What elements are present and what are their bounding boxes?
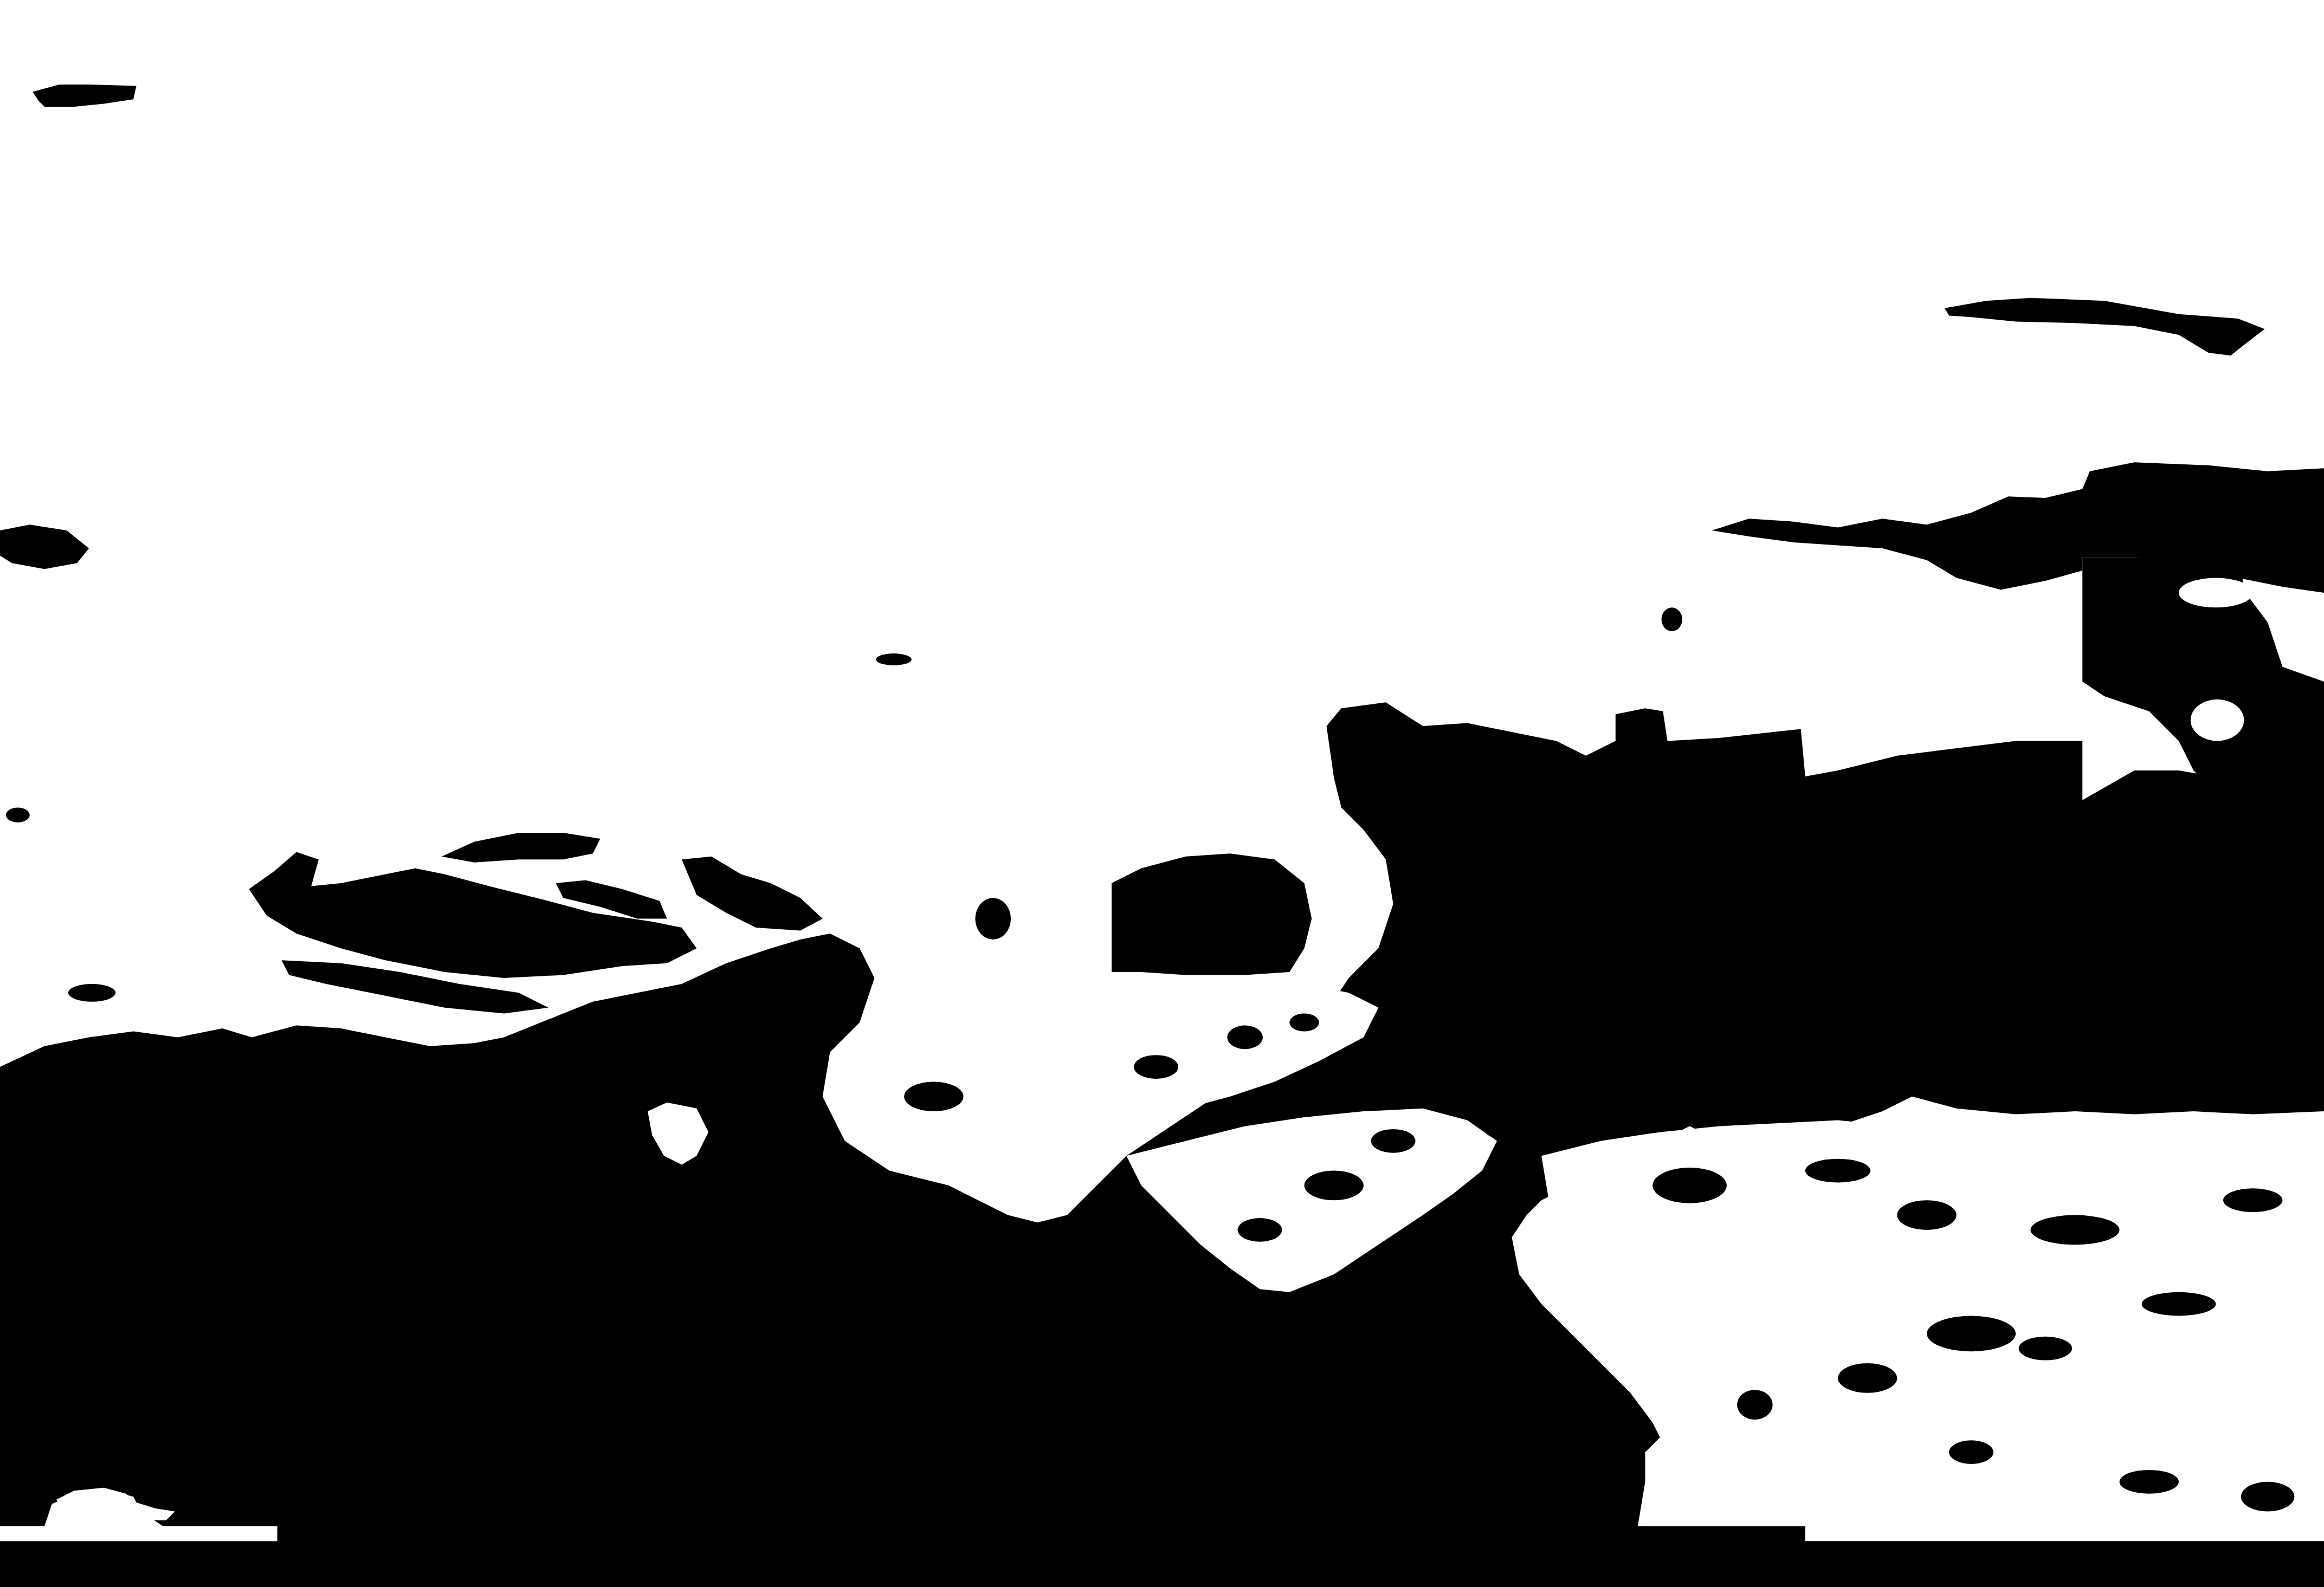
segmentation-mask: [0, 0, 2324, 1587]
